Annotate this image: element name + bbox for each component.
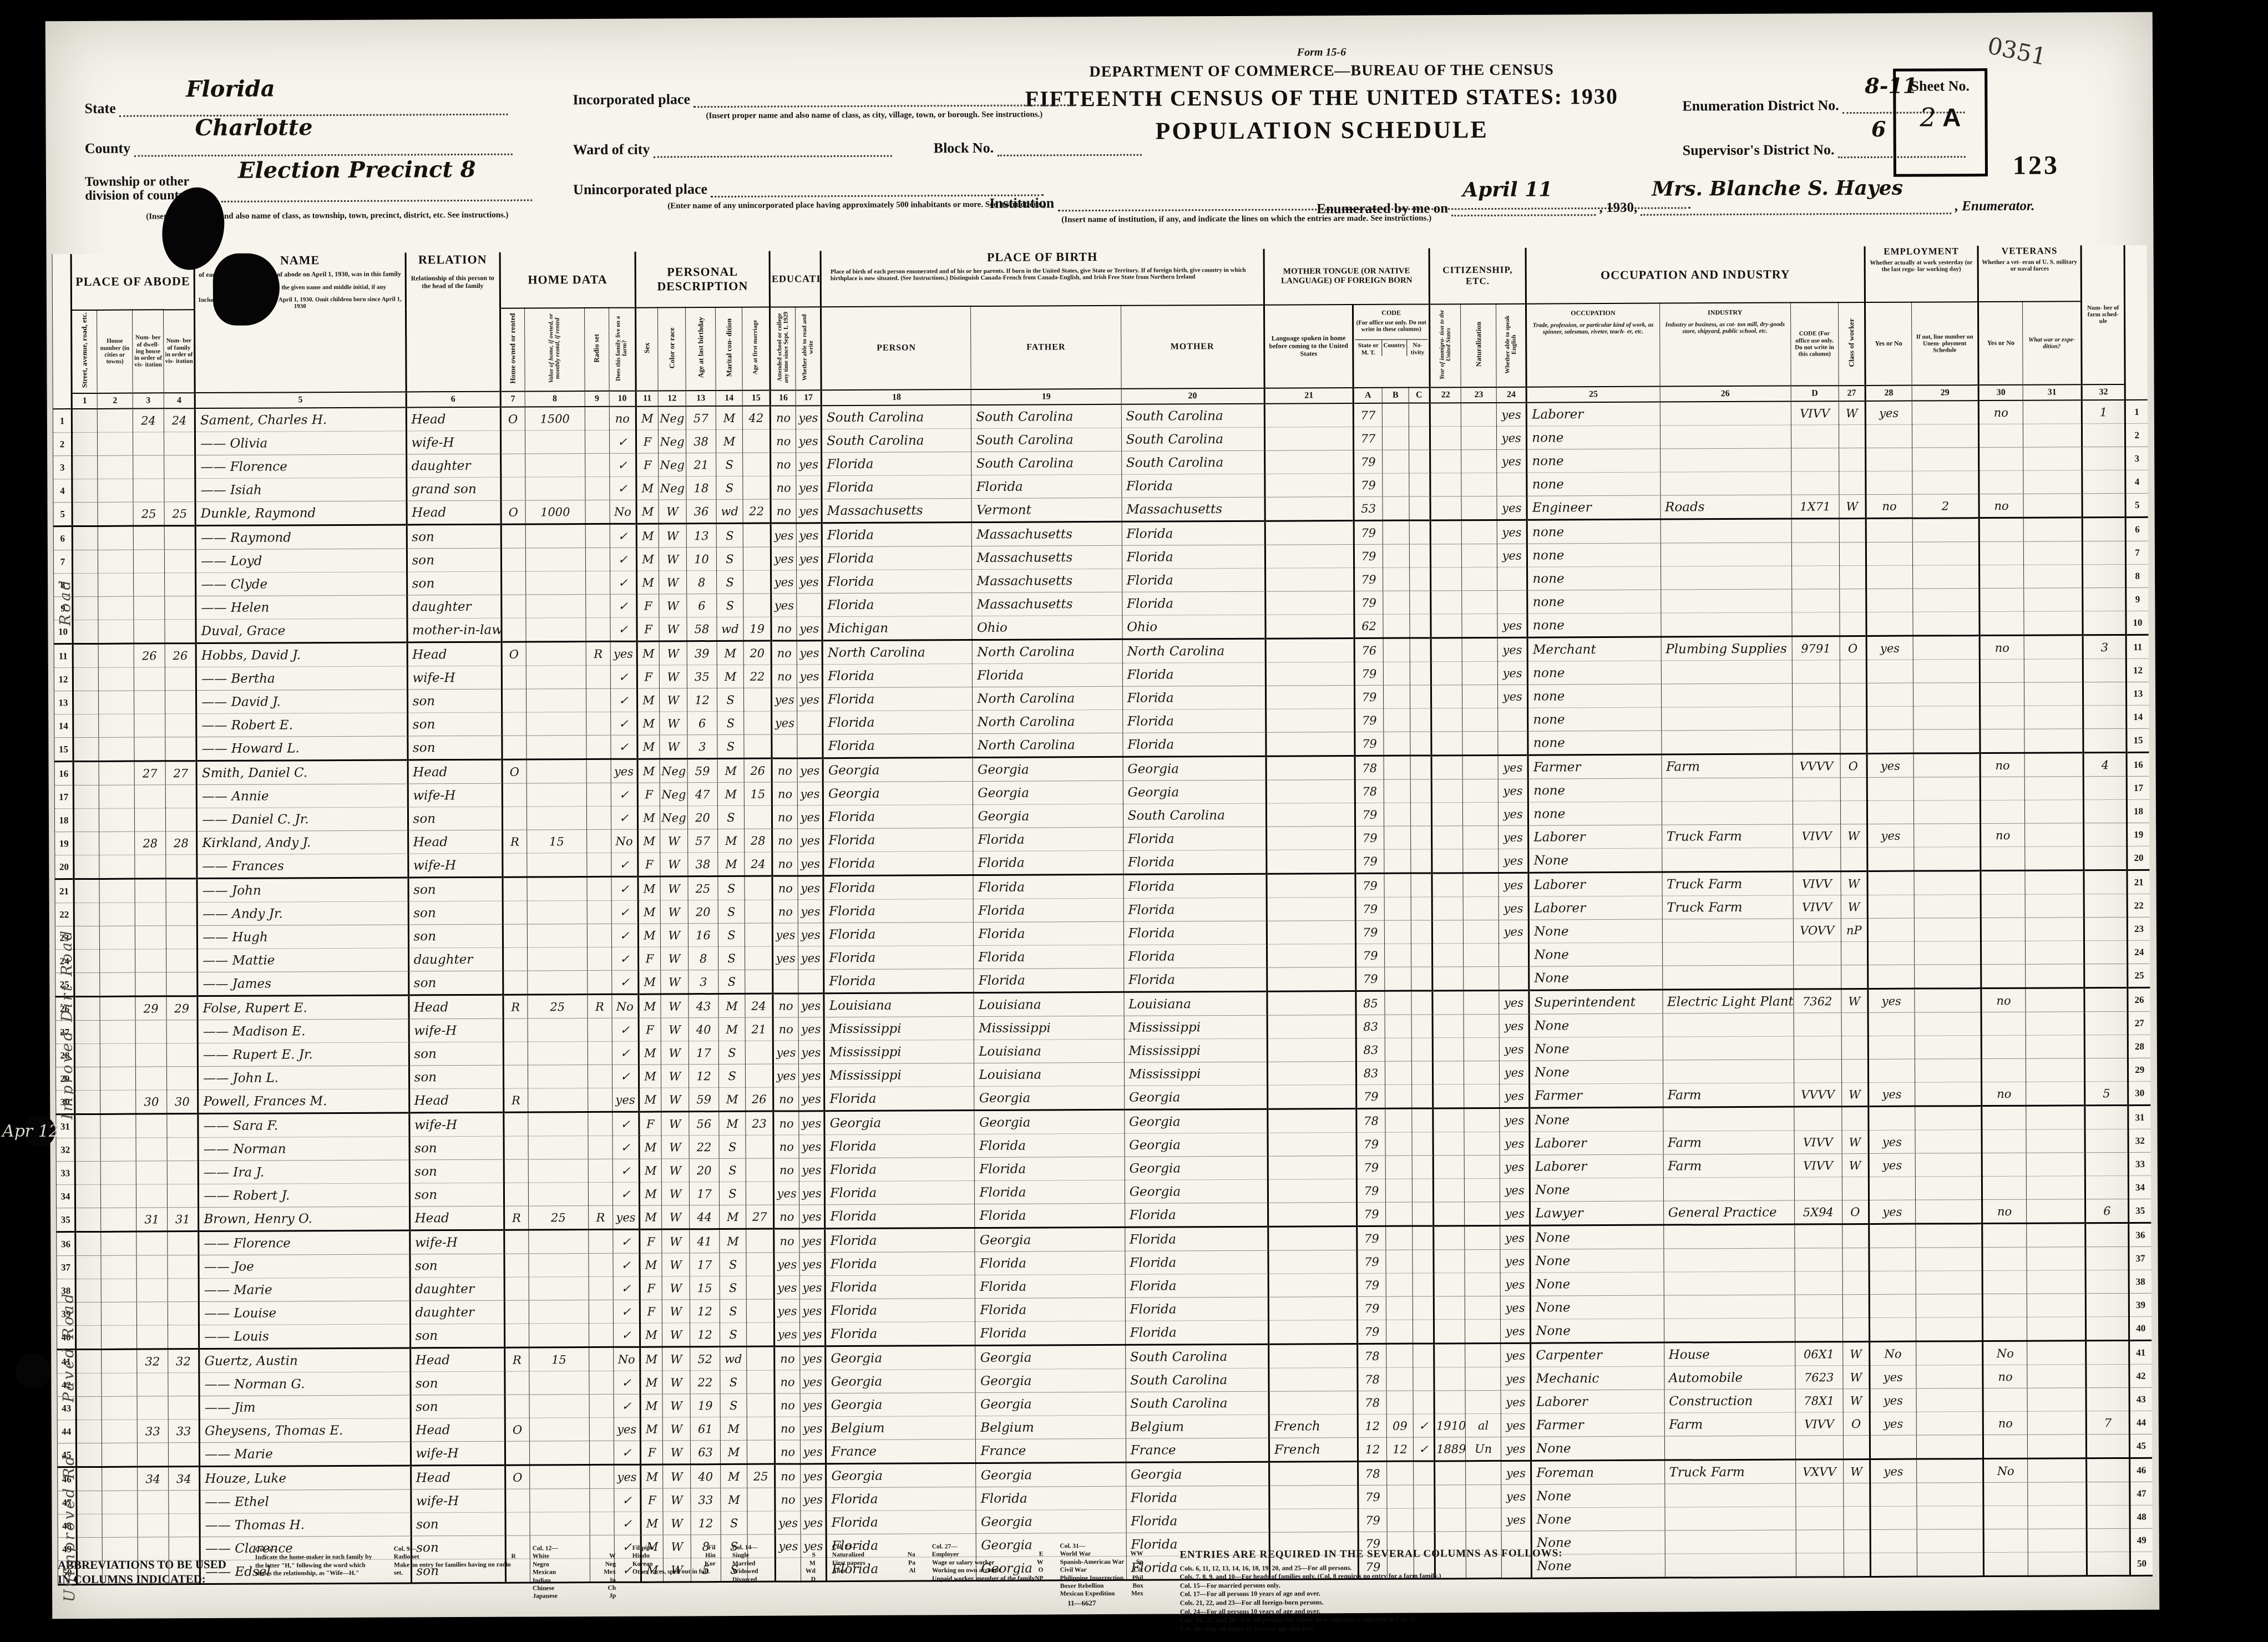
line-number-r: 40 [2129,1316,2151,1340]
cell-owned [503,924,527,947]
cell-birth_father: Florida [971,474,1121,498]
cell-radio [589,1347,613,1371]
abbr-group: Col. 14—Single SMarried MWidowed WdDivor… [732,1539,816,1610]
cell-war [2027,1270,2085,1294]
line-number-r: 27 [2128,1011,2150,1035]
cell-industry [1660,589,1791,613]
cell-industry [1660,566,1791,590]
cell-occupation: none [1528,778,1662,802]
cell-house [100,1184,136,1208]
cell-color: W [661,1088,689,1112]
cell-code_b [1386,1367,1413,1391]
cell-age_married [747,1511,775,1534]
cell-name: Duval, Grace [196,619,407,643]
cell-occupation: Laborer [1528,896,1662,920]
cell-age_married [747,1393,774,1417]
cell-street [74,949,100,972]
cell-color: W [663,1464,691,1488]
cell-code_d [1793,965,1841,989]
cell-street [72,502,98,526]
cell-birth_father: Florida [976,1486,1126,1510]
cell-radio [590,1512,614,1535]
cell-industry [1664,1436,1795,1460]
cell-farm: ✓ [611,900,638,924]
cell-school: no [771,429,796,453]
cell-house [99,737,134,761]
cell-unemp_line [1913,800,1980,824]
cell-birth_mother: Florida [1121,474,1264,498]
cell-color: Neg [658,406,686,430]
cell-immigration: 1910 [1434,1414,1465,1437]
cell-age: 57 [686,406,716,430]
cell-read_write: yes [798,994,824,1017]
col-street: Street, avenue, road, etc. [72,310,98,393]
cell-immigration [1435,1508,1466,1532]
cell-sex: M [637,688,659,712]
cell-radio [586,783,611,806]
abbr-pair: Mexican Expedition Mex [1060,1590,1143,1598]
cell-veteran [1980,706,2024,729]
cell-house [100,1090,136,1114]
cell-war [2025,918,2084,941]
line-number-r: 3 [2125,447,2148,470]
veterans-desc: Whether a vet- eran of U. S. military or… [1980,259,2079,272]
cell-farm: ✓ [610,524,636,548]
cell-street [76,1325,102,1349]
col-marital: Marital con- dition [716,307,743,391]
cell-sex: F [637,594,659,617]
cell-color: W [659,594,687,617]
cell-class: W [1843,1365,1870,1388]
cell-immigration [1430,403,1461,427]
cell-relation: daughter [410,1277,504,1301]
cell-color: W [662,1229,690,1253]
cell-read_write: yes [796,429,822,453]
cell-farm_sched [2087,1434,2130,1458]
cell-war [2027,1294,2085,1317]
cell-relation: son [407,712,502,736]
cell-relation: Head [411,1418,505,1442]
cell-school: no [771,453,796,476]
cell-radio [585,430,609,453]
col-immigration: Year of immigra- tion to the United Stat… [1430,304,1461,387]
cell-birth_person: Florida [822,523,971,547]
cell-dwelling: 29 [135,996,166,1020]
cell-relation: Head [408,759,502,784]
cell-veteran [1979,518,2023,541]
cell-street [73,620,98,643]
cell-sex: M [640,1253,662,1276]
cell-birth_father: Florida [973,874,1123,899]
cell-owned: O [502,759,526,783]
col-birth-person: PERSON [821,306,971,390]
cell-birth_father: Florida [973,663,1122,687]
cell-age: 39 [687,641,717,665]
cell-owned [504,1136,528,1159]
cell-birth_father: Massachusetts [972,569,1122,592]
col-number-22: 22 [1430,387,1461,403]
cell-marital: S [716,547,743,570]
line-number-r: 39 [2129,1293,2151,1316]
cell-radio [589,1441,614,1464]
cell-age_married [745,1064,773,1087]
cell-code_c [1409,496,1430,520]
cell-farm_sched [2087,1458,2130,1482]
cell-birth_person: Belgium [826,1416,975,1440]
cell-name: Sament, Charles H. [195,407,406,432]
cell-farm_sched [2083,611,2126,635]
cell-birth_father: Louisiana [974,1062,1124,1086]
cell-veteran [1980,777,2024,800]
cell-english: yes [1500,1061,1530,1084]
cell-occupation: None [1530,1107,1663,1132]
cell-value [529,1465,589,1489]
cell-war [2024,753,2083,777]
cell-birth_person: Florida [823,828,973,852]
cell-code_b [1383,614,1410,638]
cell-family [166,949,198,972]
cell-birth_person: Florida [823,852,973,876]
cell-industry: House [1664,1342,1795,1366]
cell-street [72,479,98,502]
cell-code_b [1384,708,1410,732]
cell-color: W [659,548,686,571]
cell-birth_mother: France [1126,1438,1269,1462]
road-note: Unimproved Rd [60,1419,78,1602]
cell-street [73,808,99,832]
cell-code_a: 78 [1355,779,1384,803]
cell-birth_mother: Georgia [1124,1085,1267,1109]
cell-naturalization [1463,873,1498,896]
cell-value [528,1136,588,1159]
cell-street [73,714,99,737]
cell-age_married [745,1041,773,1064]
cell-code_d [1796,1507,1844,1530]
cell-code_c [1411,920,1432,944]
cell-code_d: VIVV [1794,1154,1842,1177]
cell-class [1840,660,1866,683]
cell-color: W [661,1159,689,1182]
cell-sex: M [636,548,659,571]
cell-language [1266,709,1355,733]
cell-code_b [1384,920,1411,944]
abbr-pair: Widowed Wd [732,1567,816,1575]
cell-name: —— Robert J. [199,1183,410,1208]
cell-veteran [1981,1012,2026,1035]
cell-color: W [662,1441,690,1464]
cell-value [529,1371,589,1395]
cell-read_write: yes [799,1276,825,1299]
cell-war [2024,682,2083,706]
cell-street [74,879,99,903]
cell-farm: ✓ [612,1065,639,1088]
cell-birth_father: Georgia [974,1086,1124,1110]
hole-punch-2 [16,1354,51,1389]
census-sheet: Form 15-6 DEPARTMENT OF COMMERCE—BUREAU … [45,12,2160,1619]
cell-family [164,455,195,479]
cell-owned: O [502,642,526,666]
cell-owned [502,783,526,807]
cell-occupation: Farmer [1531,1413,1664,1437]
cell-house [98,526,133,550]
cell-name: —— Isiah [195,478,407,502]
cell-dwelling [134,667,165,691]
cell-class: W [1841,871,1867,895]
cell-dwelling [135,903,166,926]
cell-age_married [744,711,772,734]
cell-birth_father: Florida [974,898,1123,922]
cell-language [1264,427,1353,451]
street-label: Street, avenue, road, etc. [80,312,88,388]
col-number-32: 32 [2082,384,2125,400]
cell-name: —— Rupert E. Jr. [198,1042,409,1067]
cell-name: —— Thomas H. [200,1513,411,1537]
cell-birth_father: Georgia [975,1345,1125,1369]
cell-worked: yes [1870,1412,1916,1435]
cell-unemp_line [1912,518,1979,543]
cell-read_write: yes [797,688,823,711]
cell-english: yes [1501,1437,1531,1461]
cell-house [100,1067,136,1090]
cell-color: W [661,1065,688,1088]
cell-age: 52 [690,1347,720,1371]
cell-code_b [1385,1015,1411,1038]
cell-naturalization [1465,1367,1501,1390]
cell-naturalization [1463,825,1498,849]
cell-house [102,1349,137,1373]
cell-farm_sched [2084,823,2127,846]
cell-age: 6 [687,594,717,617]
cell-unemp_line [1915,965,1981,989]
cell-value [525,454,585,477]
cell-birth_father: North Carolina [973,639,1122,663]
cell-age: 12 [690,1300,720,1323]
cell-worked [1866,471,1912,494]
cell-occupation: Mechanic [1531,1366,1664,1390]
cell-naturalization [1465,1319,1501,1343]
abbr-pair: Korean Kor [632,1560,716,1568]
cell-immigration [1432,849,1463,873]
cell-house [99,714,134,737]
cell-read_write: yes [797,782,823,805]
cell-farm_sched [2084,1011,2128,1035]
cell-sex: M [638,924,660,947]
cell-unemp_line [1915,1106,1982,1131]
cell-name: —— Ethel [200,1489,411,1514]
cell-color: W [662,1276,690,1300]
cell-sex: M [636,571,659,594]
cell-birth_father: Florida [973,827,1123,851]
cell-class [1841,965,1867,989]
cell-birth_father: Georgia [973,781,1123,804]
cell-code_d [1794,1177,1842,1200]
cell-relation: son [410,1371,504,1395]
cell-immigration [1430,520,1461,544]
cell-english: yes [1499,920,1529,943]
cell-age: 17 [689,1182,719,1205]
cell-sex: F [641,1488,663,1512]
cell-age_married [747,1488,775,1511]
cell-age_married [746,1158,773,1182]
abbr-pair: Indian In [533,1576,616,1584]
cell-unemp_line [1916,1459,1983,1483]
col-birth-mother: MOTHER [1121,305,1264,389]
cell-class: nP [1841,918,1867,941]
cell-sex: F [640,1276,662,1300]
cell-veteran [1982,1223,2027,1247]
cell-family [165,573,196,596]
cell-unemp_line [1915,1059,1981,1083]
cell-owned [505,1371,529,1395]
cell-age: 44 [690,1205,720,1229]
cell-code_a: 79 [1357,1226,1386,1250]
cell-class [1839,424,1865,448]
cell-street [77,1467,102,1491]
col-number-2: 2 [97,393,133,409]
cell-street [72,455,98,479]
cell-value [528,1088,588,1112]
cell-class [1842,1106,1869,1130]
col-number-3: 3 [133,393,164,408]
cell-code_c [1409,403,1430,427]
cell-name: —— Raymond [195,525,407,550]
cell-radio [586,759,611,783]
cell-school: no [773,994,798,1017]
cell-marital: M [716,406,742,430]
cell-street [73,643,98,667]
cell-industry: Electric Light Plant [1662,989,1793,1013]
english-label: Whether able to speak English [1505,305,1518,383]
col-family-number: Num- ber of family in order of vis- itat… [164,310,195,393]
cell-dwelling [135,972,166,996]
cell-naturalization [1462,567,1497,590]
cell-street [73,785,99,808]
cell-color: W [661,1018,688,1041]
cell-birth_mother: Georgia [1123,780,1266,804]
cell-read_write [797,711,823,734]
pob-title: PLACE OF BIRTH [823,249,1262,265]
cell-immigration [1434,1202,1465,1226]
cell-relation: wife-H [408,783,502,807]
code-note: (For office use only. Do not write in th… [1355,319,1427,333]
cell-language [1268,1109,1356,1133]
cell-family [168,1279,199,1302]
cell-industry: Construction [1664,1389,1795,1413]
cell-age_married: 27 [746,1205,774,1229]
cell-street [76,1349,102,1373]
cell-war [2027,1199,2085,1223]
cell-code_c [1414,1461,1435,1485]
cell-code_b [1385,1156,1412,1179]
cell-street [74,926,99,949]
cell-dwelling [138,1443,169,1467]
cell-age: 21 [686,453,716,477]
cell-age_married: 26 [744,758,772,782]
cell-occupation: None [1530,1037,1663,1061]
cell-color: W [661,1182,689,1205]
cell-dwelling [136,1232,168,1255]
age-married-label: Age at first marriage [752,320,759,375]
cell-read_write: yes [799,1135,824,1158]
line-number-r: 16 [2127,752,2149,776]
cell-color: W [660,876,688,900]
cell-farm_sched [2086,1364,2129,1387]
cell-english: yes [1500,1225,1530,1249]
cell-farm_sched [2085,1105,2128,1129]
stamp-123: 123 [2013,150,2059,180]
cell-farm_sched [2082,517,2125,541]
cell-farm: ✓ [613,1229,640,1253]
col-number-26: 26 [1660,386,1791,402]
cell-farm: ✓ [611,853,638,876]
cell-farm_sched [2086,1340,2129,1364]
cell-age_married: 15 [744,782,772,805]
cell-marital: M [716,429,742,453]
cell-veteran [1981,964,2026,988]
cell-english: yes [1497,544,1527,567]
abbr-pair: Single S [732,1552,816,1560]
table-header: PLACE OF ABODE NAME of each person whose… [52,245,2148,409]
cell-marital: M [721,1464,747,1488]
cell-language [1265,662,1354,686]
cell-school: no [774,1417,800,1440]
cell-family [165,714,196,737]
cell-immigration [1433,1156,1464,1179]
line-number-r: 34 [2129,1175,2151,1199]
abbr-pair: Radio set R [394,1553,516,1561]
line-number-r: 7 [2126,541,2148,564]
ward-label: Ward of city [573,141,650,158]
cell-age: 61 [690,1417,720,1441]
cell-dwelling [136,1161,167,1184]
cell-radio [585,477,610,500]
cell-farm_sched [2082,493,2125,517]
cell-worked: no [1866,494,1912,518]
line-number-r: 2 [2125,423,2148,447]
cell-immigration [1431,708,1462,732]
cell-code_b [1385,991,1411,1015]
cell-age: 17 [690,1253,720,1276]
cell-occupation: Laborer [1531,1390,1664,1413]
cell-veteran [1980,588,2024,611]
cell-age_married: 24 [745,852,772,876]
cell-code_a: 12 [1358,1414,1386,1437]
cell-immigration [1431,685,1462,708]
cell-naturalization [1462,590,1497,614]
cell-war [2028,1482,2087,1506]
cell-color: W [662,1347,690,1371]
cell-code_d [1794,1224,1842,1248]
col-number-20: 20 [1121,388,1264,404]
cell-code_b [1385,967,1411,991]
cell-naturalization [1462,708,1498,731]
cell-family: 31 [168,1208,199,1232]
cell-owned [501,524,525,548]
cell-street [77,1514,102,1537]
cell-code_b [1385,1132,1412,1156]
institution-label: Institution [989,195,1054,211]
cell-name: —— Mattie [198,948,409,972]
cell-birth_person: Florida [824,1087,974,1111]
abbr-pair: Mexican Mex [533,1568,616,1577]
cell-dwelling [134,737,165,761]
cell-industry [1661,660,1792,684]
cell-code_a: 78 [1358,1461,1387,1485]
cell-birth_father: Florida [973,850,1123,875]
unincorporated-field: Unincorporated place [573,178,1044,198]
cell-birth_mother: Georgia [1125,1179,1268,1203]
cell-occupation: Lawyer [1530,1201,1663,1225]
